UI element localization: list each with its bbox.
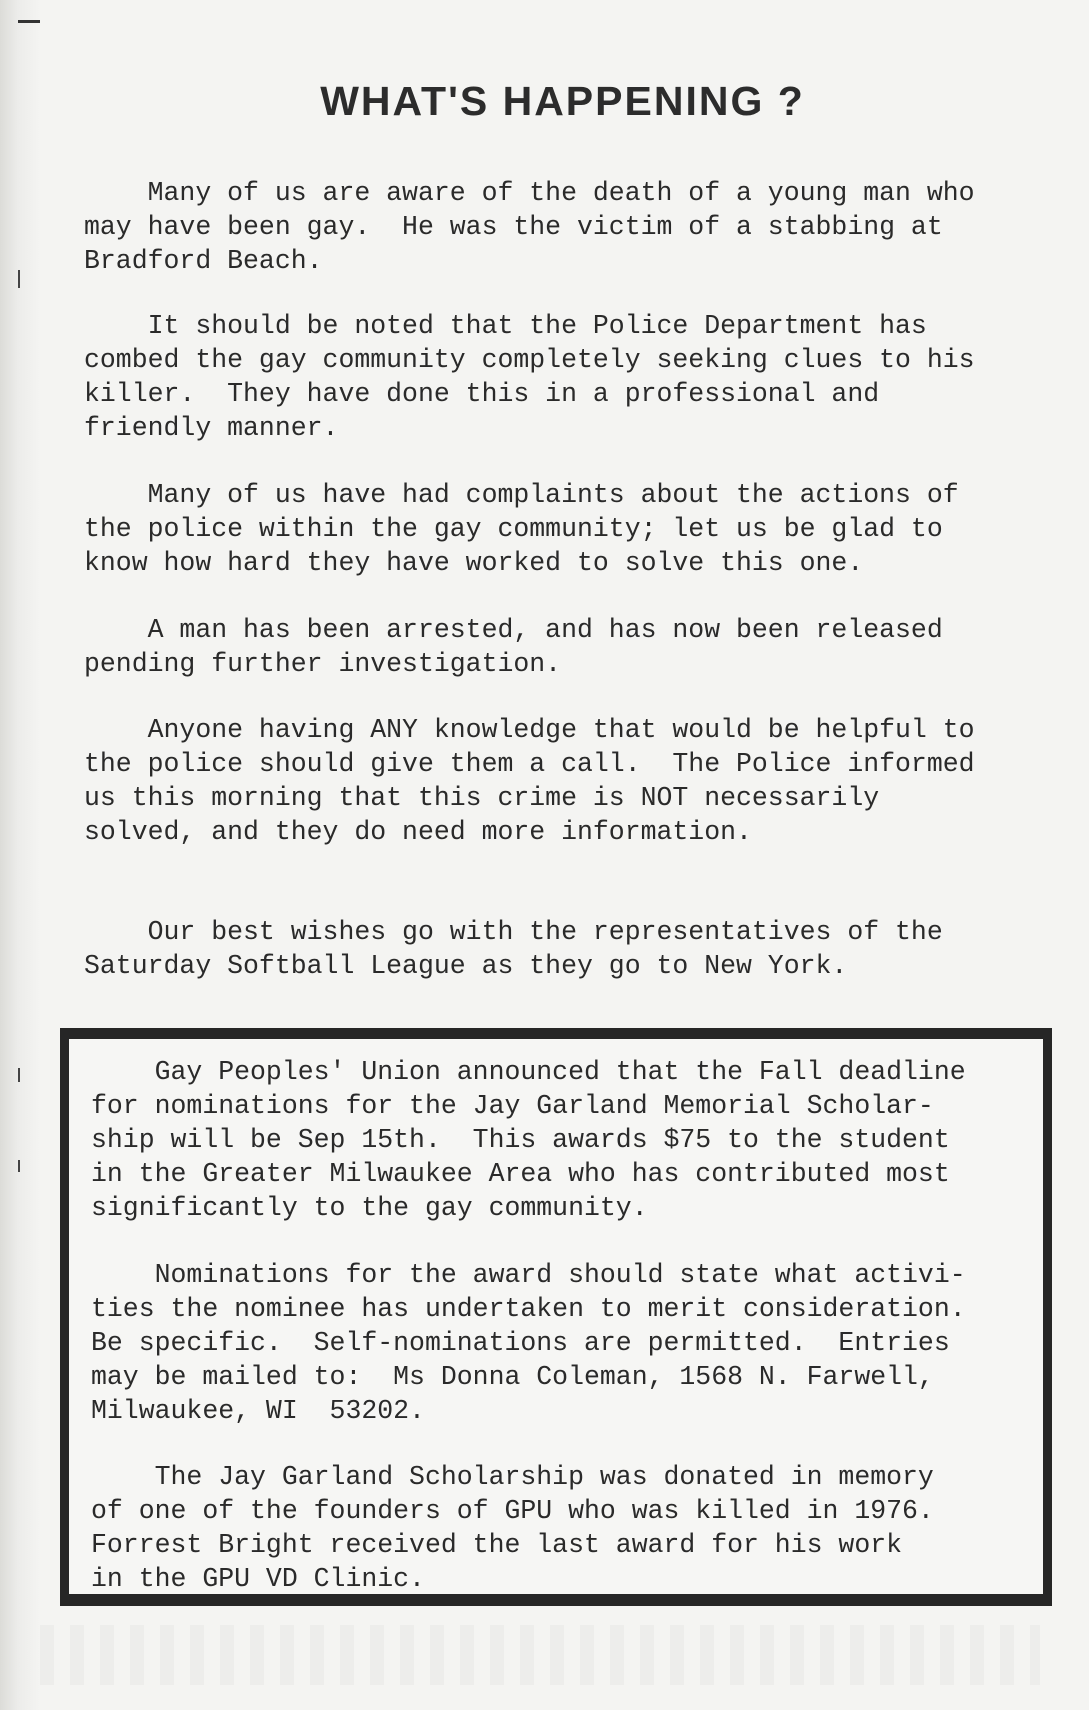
article-paragraph-4: A man has been arrested, and has now bee…	[84, 613, 1034, 681]
registration-mark	[18, 20, 40, 23]
article-paragraph-6: Our best wishes go with the representati…	[84, 915, 1034, 983]
page-title: WHAT'S HAPPENING ?	[0, 78, 1089, 125]
margin-tick	[18, 1160, 20, 1172]
article-paragraph-5: Anyone having ANY knowledge that would b…	[84, 713, 1034, 849]
margin-tick	[18, 270, 20, 288]
bleed-through-text	[40, 1625, 1040, 1685]
notice-paragraph-3: The Jay Garland Scholarship was donated …	[91, 1460, 934, 1596]
page-binding-edge	[0, 0, 40, 1710]
notice-paragraph-1: Gay Peoples' Union announced that the Fa…	[91, 1055, 966, 1225]
article-paragraph-1: Many of us are aware of the death of a y…	[84, 176, 1034, 278]
article-paragraph-2: It should be noted that the Police Depar…	[84, 309, 1034, 445]
scholarship-notice-box: Gay Peoples' Union announced that the Fa…	[60, 1028, 1052, 1606]
notice-paragraph-2: Nominations for the award should state w…	[91, 1258, 966, 1428]
article-paragraph-3: Many of us have had complaints about the…	[84, 478, 1034, 580]
margin-tick	[18, 1068, 20, 1082]
